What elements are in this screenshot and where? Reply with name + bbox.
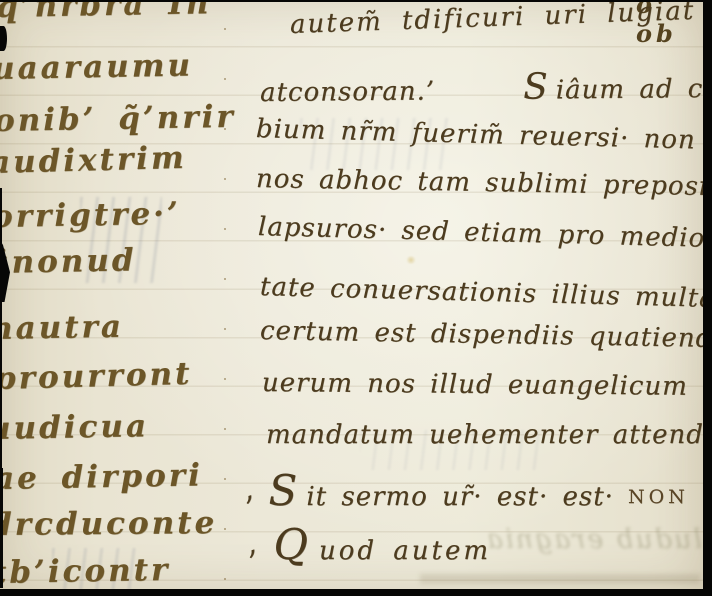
- manuscript-text-line: orrigtre·’: [0, 199, 181, 233]
- manuscript-text-line: ae dirpori: [0, 460, 203, 495]
- manuscript-text-line: ,Quod autem: [247, 524, 491, 566]
- initial-letter: S: [523, 66, 549, 107]
- manuscript-text-line: audixtrim: [0, 143, 187, 179]
- manuscript-text-line: nautra: [0, 312, 124, 345]
- manuscript-text-line: onib’ q̃’nrir: [0, 102, 236, 137]
- page-edge-black-patch: [0, 468, 3, 588]
- manuscript-text-line: prourront: [0, 359, 193, 395]
- line-segment: it sermo ur̃· est· est·: [306, 482, 614, 512]
- manuscript-text-line: tb’icontr: [0, 555, 171, 589]
- paragraph-mark: ,: [241, 528, 262, 560]
- manuscript-text-line: uerum nos illud euangelicum: [262, 370, 688, 400]
- smudge: [420, 574, 700, 584]
- rustic-capitals: NON NON: [628, 486, 703, 508]
- show-through-text: ludub eragnia: [492, 524, 702, 555]
- manuscript-text-line: bium nr̃m fuerim̃ reuersi· non solum: [256, 116, 703, 156]
- manuscript-text-line: autem̃ tdificuri uri lugiat: [290, 2, 696, 38]
- manuscript-text-line: uudicua: [0, 411, 149, 445]
- stain-spot: [406, 256, 416, 264]
- parchment-page: ludub eragnia o ob q̃’nrbra In uaaraumu …: [0, 2, 703, 589]
- line-segment: uod autem: [319, 536, 491, 566]
- initial-letter: Q: [274, 520, 311, 569]
- manuscript-text-line: certum est dispendiis quatiendos·: [260, 318, 703, 353]
- page-edge-black-patch: [0, 26, 7, 51]
- initial-letter: S: [269, 466, 299, 515]
- manuscript-text-line: ,Sit sermo ur̃· est· est·NON NON: [244, 470, 703, 512]
- manuscript-text-line: drcduconte: [0, 508, 217, 541]
- manuscript-text-line: nos abhoc tam sublimi preposiato se: [256, 166, 703, 201]
- manuscript-text-line: ünonud: [0, 245, 137, 279]
- manuscript-text-line: atconsoran.’Siâum ad ceno: [260, 68, 703, 108]
- manuscript-text-line: tate conuersationis illius multas: [260, 274, 703, 312]
- manuscript-text-line: mandatum uehementer attendamus: [266, 422, 703, 448]
- line-segment: atconsoran.’: [260, 76, 435, 108]
- line-segment: iâum ad ceno: [556, 74, 703, 106]
- manuscript-text-line: lapsuros· sed etiam pro medio cri: [258, 214, 703, 253]
- manuscript-text-line: q̃’nrbra In: [0, 2, 212, 23]
- paragraph-mark: ,: [238, 474, 257, 506]
- manuscript-photo: ludub eragnia o ob q̃’nrbra In uaaraumu …: [0, 0, 712, 596]
- manuscript-text-line: uaaraumu: [0, 50, 193, 85]
